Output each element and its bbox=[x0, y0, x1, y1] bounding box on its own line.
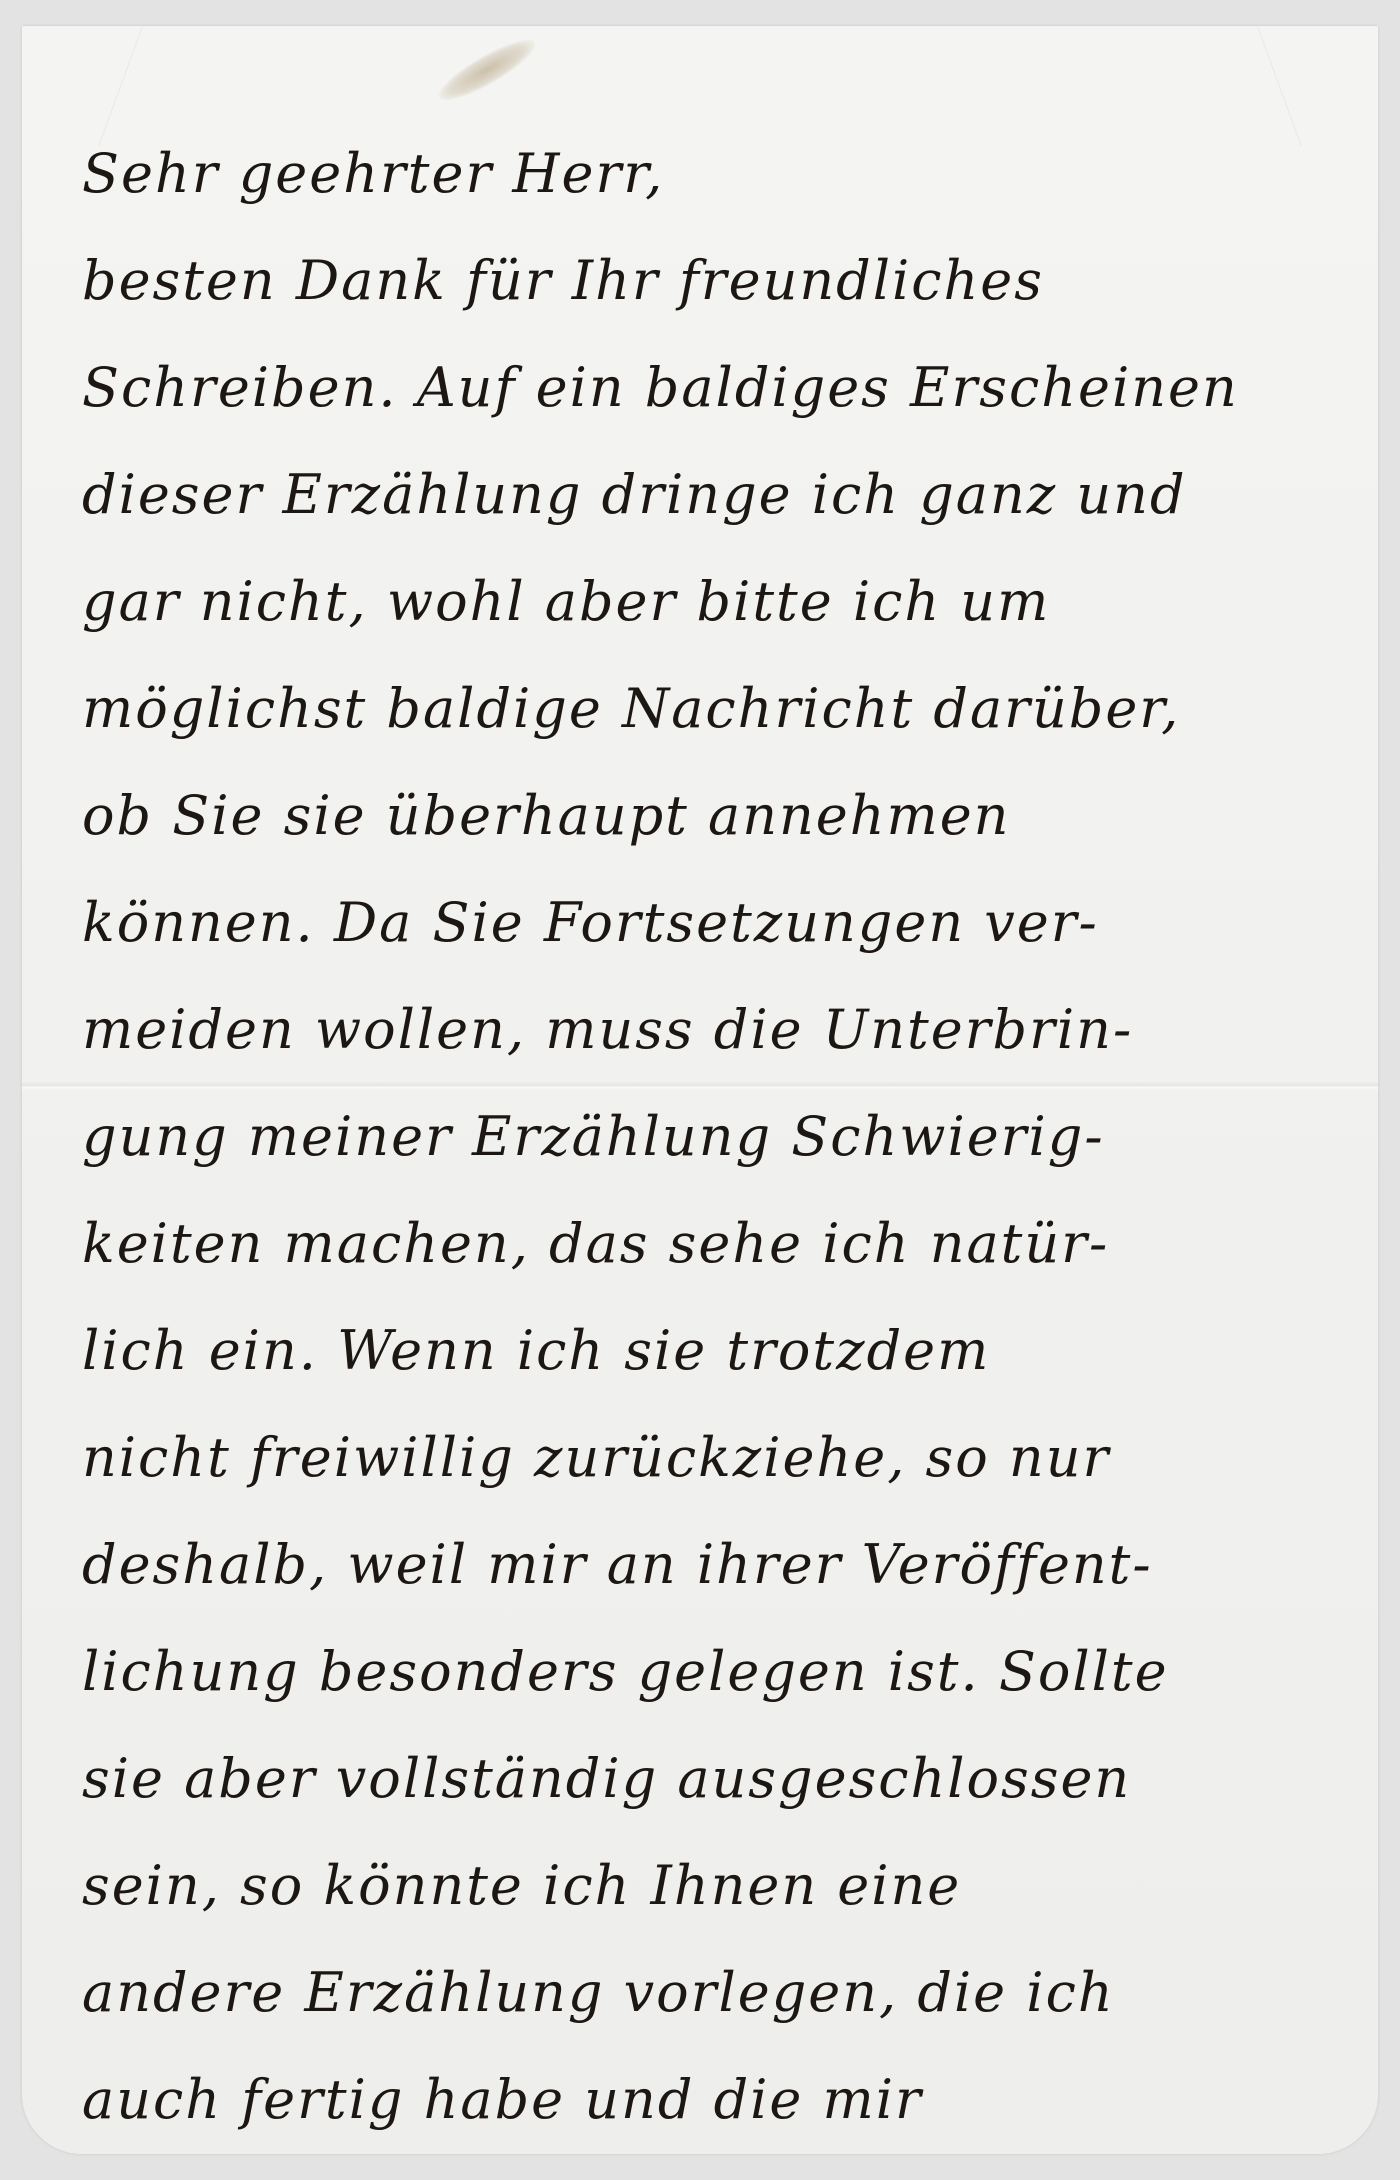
letter-line: auch fertig habe und die mir bbox=[82, 2032, 1342, 2139]
letter-line: können. Da Sie Fortsetzungen ver- bbox=[82, 855, 1342, 962]
letter-line: ob Sie sie überhaupt annehmen bbox=[82, 748, 1342, 855]
letter-line: sie aber vollständig ausgeschlossen bbox=[82, 1711, 1342, 1818]
letter-line: dieser Erzählung dringe ich ganz und bbox=[82, 427, 1342, 534]
letter-line: sein, so könnte ich Ihnen eine bbox=[82, 1818, 1342, 1925]
letter-line: andere Erzählung vorlegen, die ich bbox=[82, 1925, 1342, 2032]
letter-line-salutation: Sehr geehrter Herr, bbox=[82, 106, 1342, 213]
letter-line: lichung besonders gelegen ist. Sollte bbox=[82, 1604, 1342, 1711]
letter-line: Schreiben. Auf ein baldiges Erscheinen bbox=[82, 320, 1342, 427]
letter-line: gung meiner Erzählung Schwierig- bbox=[82, 1069, 1342, 1176]
letter-page: Sehr geehrter Herr, besten Dank für Ihr … bbox=[22, 26, 1378, 2154]
paper-stain bbox=[432, 30, 541, 109]
letter-line: besten Dank für Ihr freundliches bbox=[82, 213, 1342, 320]
letter-line: gar nicht, wohl aber bitte ich um bbox=[82, 534, 1342, 641]
letter-line: deshalb, weil mir an ihrer Veröffent- bbox=[82, 1497, 1342, 1604]
letter-line: meiden wollen, muss die Unterbrin- bbox=[82, 962, 1342, 1069]
letter-line: nicht freiwillig zurückziehe, so nur bbox=[82, 1390, 1342, 1497]
letter-line: möglichst baldige Nachricht darüber, bbox=[82, 641, 1342, 748]
letter-line: keiten machen, das sehe ich natür- bbox=[82, 1176, 1342, 1283]
letter-line: lich ein. Wenn ich sie trotzdem bbox=[82, 1283, 1342, 1390]
letter-body: Sehr geehrter Herr, besten Dank für Ihr … bbox=[82, 106, 1342, 2139]
